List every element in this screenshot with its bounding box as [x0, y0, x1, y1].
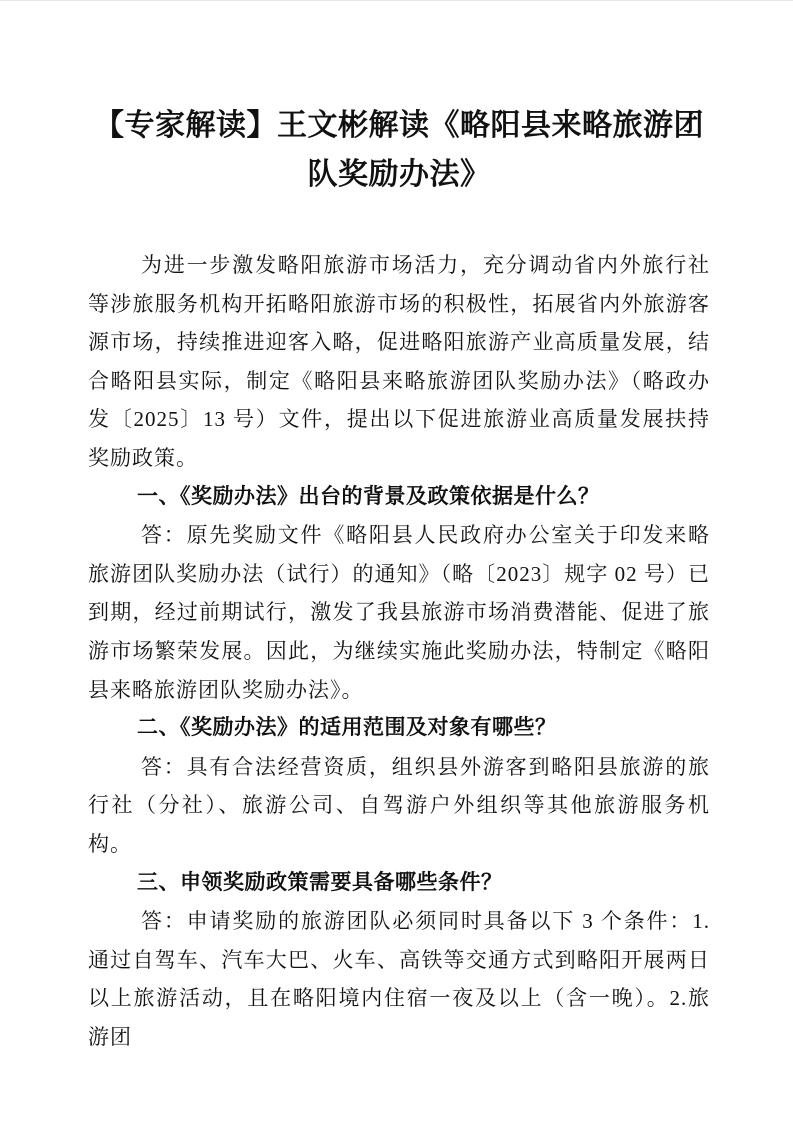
- answer-3-paragraph: 答：申请奖励的旅游团队必须同时具备以下 3 个条件：1.通过自驾车、汽车大巴、火…: [88, 902, 710, 1056]
- question-1-heading: 一、《奖励办法》出台的背景及政策依据是什么？: [88, 478, 710, 517]
- title-line-2: 队奖励办法》: [88, 150, 710, 199]
- question-2-heading: 二、《奖励办法》的适用范围及对象有哪些？: [88, 709, 710, 748]
- title-line-1: 【专家解读】王文彬解读《略阳县来略旅游团: [88, 101, 710, 150]
- intro-paragraph: 为进一步激发略阳旅游市场活力，充分调动省内外旅行社等涉旅服务机构开拓略阳旅游市场…: [88, 246, 710, 478]
- answer-1-paragraph: 答：原先奖励文件《略阳县人民政府办公室关于印发来略旅游团队奖励办法（试行）的通知…: [88, 516, 710, 709]
- document-title: 【专家解读】王文彬解读《略阳县来略旅游团 队奖励办法》: [88, 101, 710, 199]
- document-page: 【专家解读】王文彬解读《略阳县来略旅游团 队奖励办法》 为进一步激发略阳旅游市场…: [0, 0, 793, 1123]
- question-3-heading: 三、申领奖励政策需要具备哪些条件？: [88, 864, 710, 903]
- answer-2-paragraph: 答：具有合法经营资质，组织县外游客到略阳县旅游的旅行社（分社）、旅游公司、自驾游…: [88, 748, 710, 864]
- document-body: 为进一步激发略阳旅游市场活力，充分调动省内外旅行社等涉旅服务机构开拓略阳旅游市场…: [88, 246, 710, 1056]
